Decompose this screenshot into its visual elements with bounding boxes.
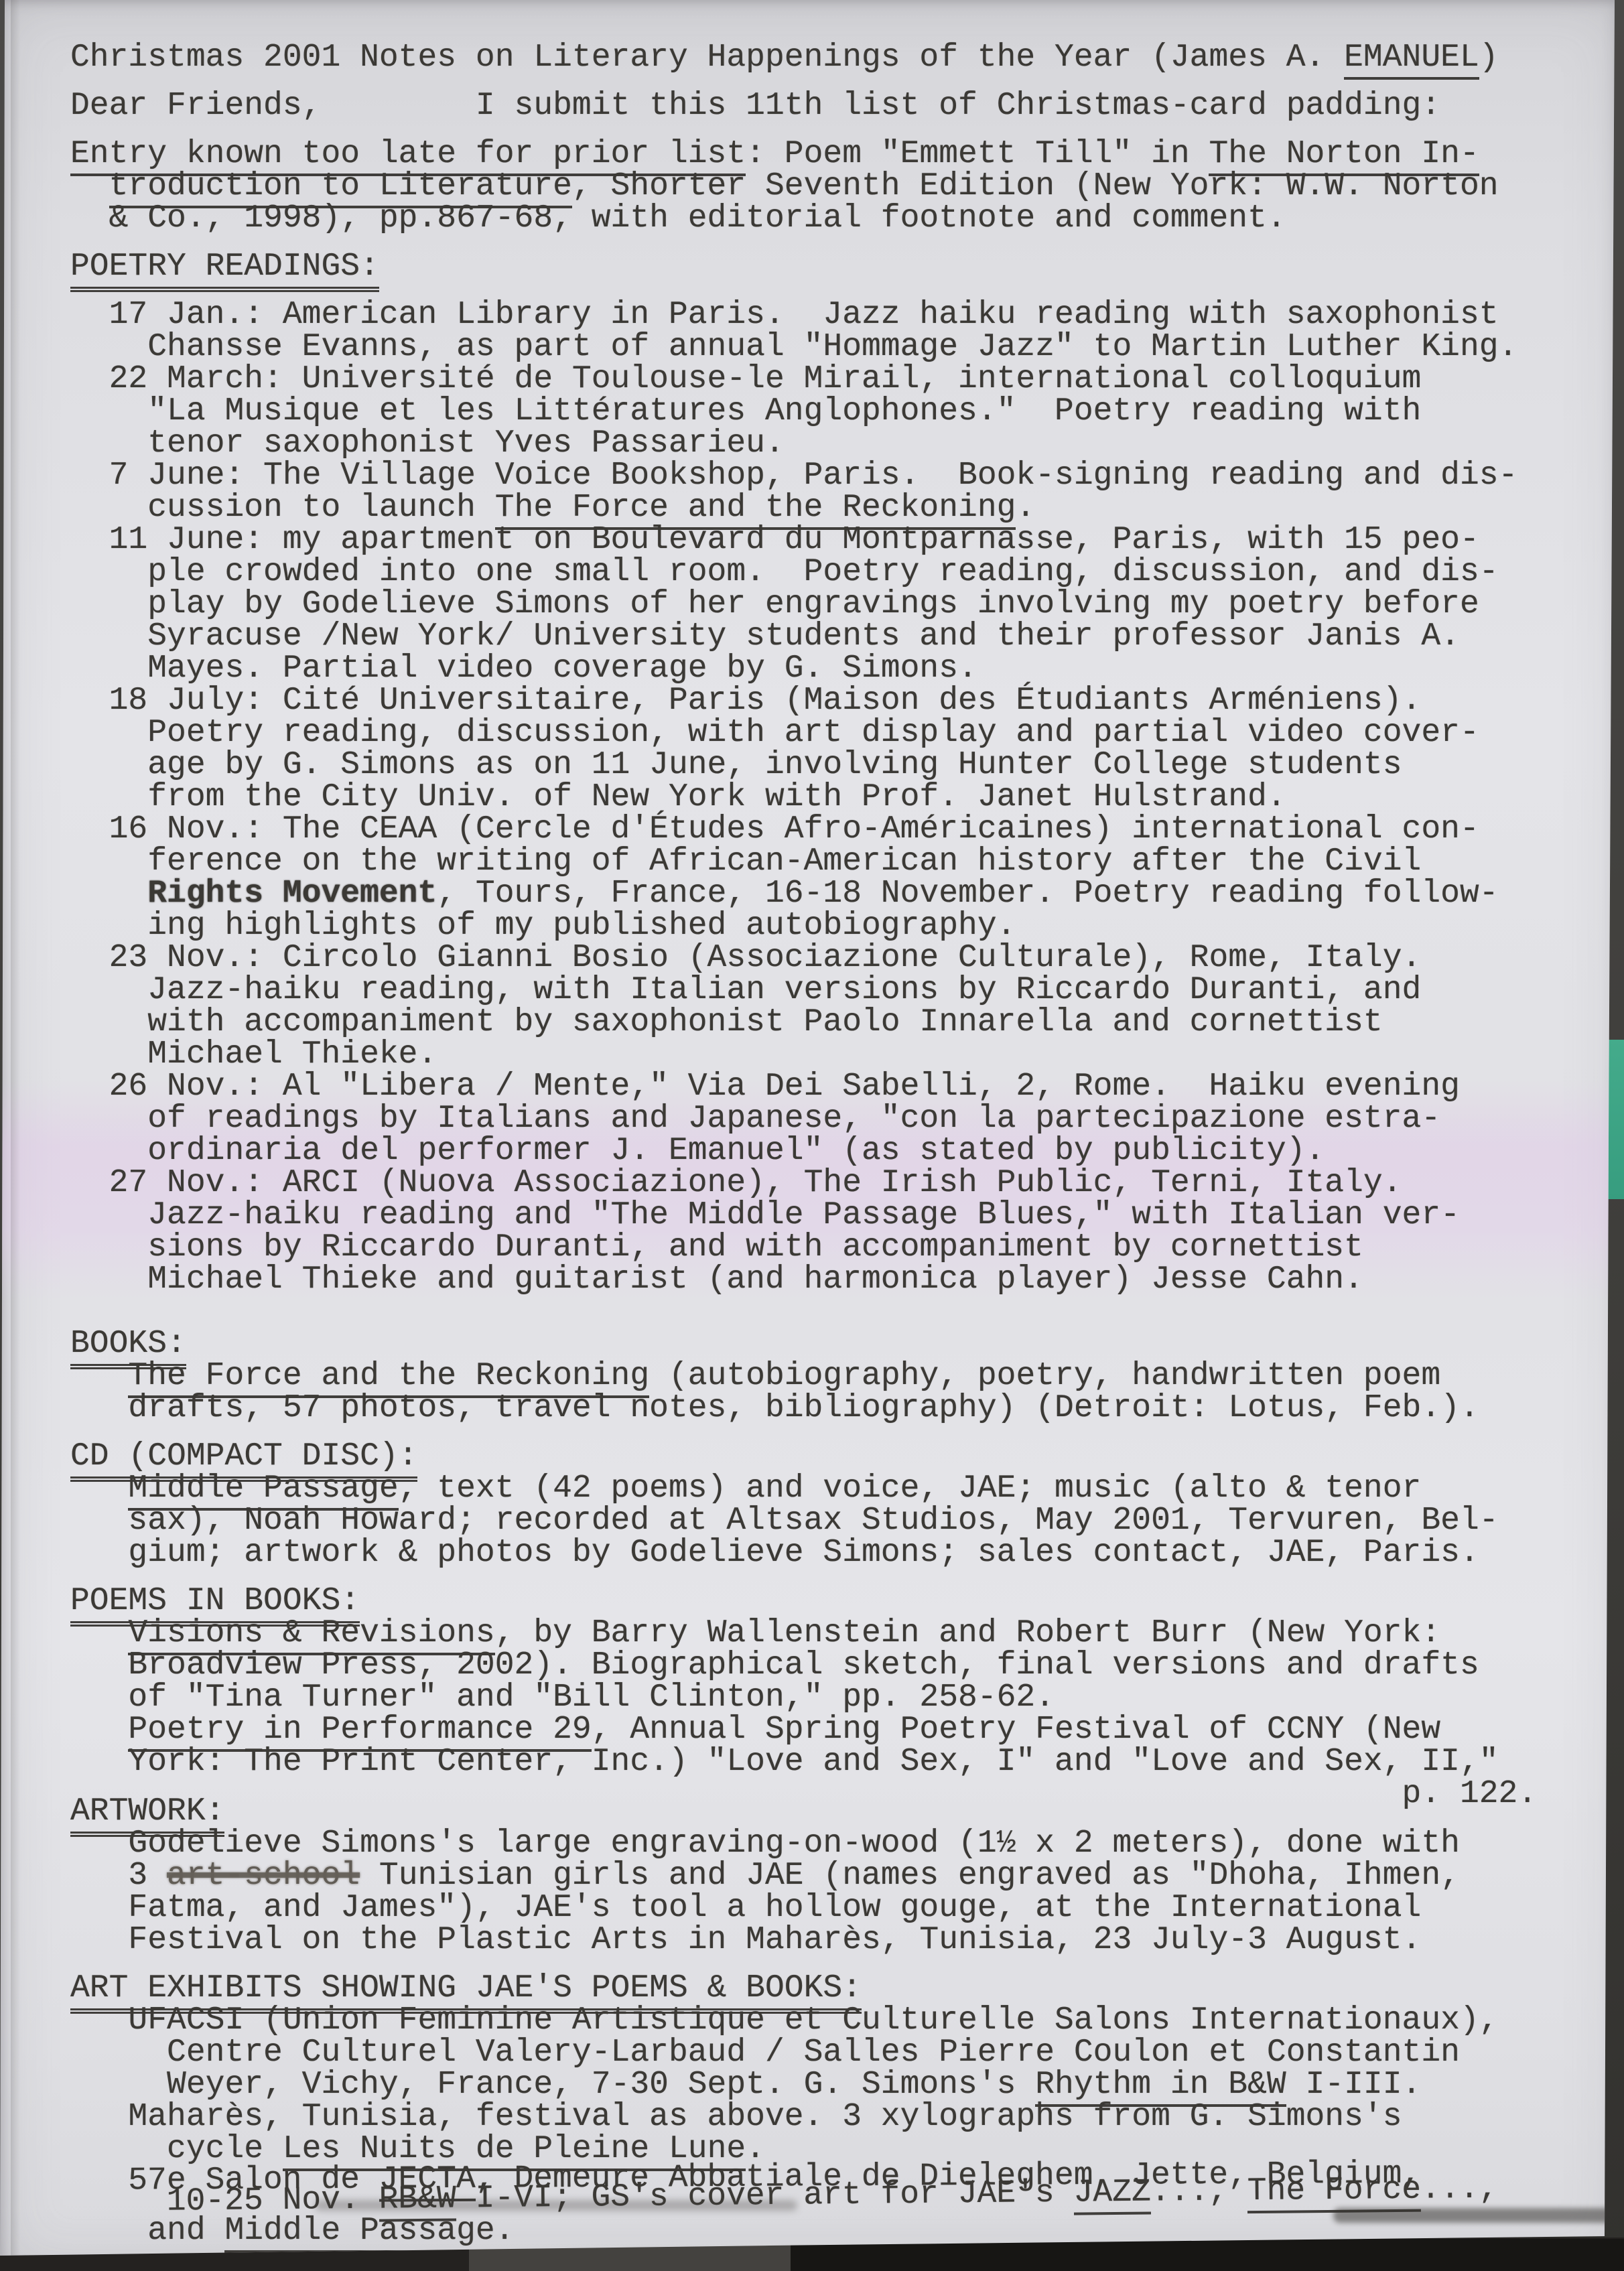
document-line: play by Godelieve Simons of her engravin… [70, 588, 1605, 620]
document-line: Festival on the Plastic Arts in Maharès,… [70, 1924, 1605, 1956]
document-line: drafts, 57 photos, travel notes, bibliog… [70, 1392, 1605, 1424]
document-line: Broadview Press, 2002). Biographical ske… [70, 1649, 1605, 1681]
document-line: cussion to launch The Force and the Reck… [70, 492, 1605, 524]
document-line: Poetry reading, discussion, with art dis… [70, 717, 1605, 749]
document-line: Jazz-haiku reading, with Italian version… [70, 974, 1605, 1006]
document-line: of "Tina Turner" and "Bill Clinton," pp.… [70, 1681, 1605, 1714]
typewritten-letter-paper: Christmas 2001 Notes on Literary Happeni… [0, 0, 1624, 2271]
document-line: troduction to Literature, Shorter Sevent… [70, 170, 1605, 202]
paper-crease [11, 0, 20, 2271]
document-line: ple crowded into one small room. Poetry … [70, 556, 1605, 588]
document-line: Fatma, and James"), JAE's tool a hollow … [70, 1892, 1605, 1924]
document-line: & Co., 1998), pp.867-68, with editorial … [70, 202, 1605, 234]
document-line: Syracuse /New York/ University students … [70, 620, 1605, 652]
document-line: Centre Culturel Valery-Larbaud / Salles … [70, 2037, 1605, 2069]
page-number-line: p. 122. [70, 1778, 1605, 1810]
document-line: Visions & Revisions, by Barry Wallenstei… [70, 1617, 1605, 1649]
document-line: Chansse Evanns, as part of annual "Homma… [70, 331, 1605, 363]
section-heading: POEMS IN BOOKS: [70, 1585, 1605, 1617]
document-line: Mayes. Partial video coverage by G. Simo… [70, 652, 1605, 685]
document-text-block: Christmas 2001 Notes on Literary Happeni… [70, 42, 1605, 2247]
document-line: 16 Nov.: The CEAA (Cercle d'Études Afro-… [70, 813, 1605, 845]
document-line: with accompaniment by saxophonist Paolo … [70, 1006, 1605, 1038]
document-line: Michael Thieke. [70, 1038, 1605, 1071]
document-line: 3 art-school Tunisian girls and JAE (nam… [70, 1860, 1605, 1892]
section-heading: ART EXHIBITS SHOWING JAE'S POEMS & BOOKS… [70, 1972, 1605, 2004]
section-heading: BOOKS: [70, 1328, 1605, 1360]
scanned-document-page: Christmas 2001 Notes on Literary Happeni… [0, 0, 1624, 2271]
document-line: sions by Riccardo Duranti, and with acco… [70, 1231, 1605, 1263]
document-line: York: The Print Center, Inc.) "Love and … [70, 1746, 1605, 1778]
document-line: 26 Nov.: Al "Libera / Mente," Via Dei Sa… [70, 1071, 1605, 1103]
document-line: gium; artwork & photos by Godelieve Simo… [70, 1537, 1605, 1569]
section-heading: CD (COMPACT DISC): [70, 1440, 1605, 1472]
document-line: 11 June: my apartment on Boulevard du Mo… [70, 524, 1605, 556]
section-heading: POETRY READINGS: [70, 251, 1605, 283]
document-line: The Force and the Reckoning (autobiograp… [70, 1360, 1605, 1392]
document-line: ordinaria del performer J. Emanuel" (as … [70, 1135, 1605, 1167]
document-line: 27 Nov.: ARCI (Nuova Associazione), The … [70, 1167, 1605, 1199]
document-line: "La Musique et les Littératures Anglopho… [70, 395, 1605, 427]
document-line: tenor saxophonist Yves Passarieu. [70, 427, 1605, 460]
document-line: UFACSI (Union Feminine Artistique et Cul… [70, 2004, 1605, 2037]
document-line: Weyer, Vichy, France, 7-30 Sept. G. Simo… [70, 2069, 1605, 2101]
document-line: Godelieve Simons's large engraving-on-wo… [70, 1828, 1605, 1860]
document-line: 18 July: Cité Universitaire, Paris (Mais… [70, 685, 1605, 717]
document-line: from the City Univ. of New York with Pro… [70, 781, 1605, 813]
document-line: Entry known too late for prior list: Poe… [70, 138, 1605, 170]
document-line: sax), Noah Howard; recorded at Altsax St… [70, 1505, 1605, 1537]
document-line: Poetry in Performance 29, Annual Spring … [70, 1714, 1605, 1746]
document-line: ing highlights of my published autobiogr… [70, 910, 1605, 942]
document-line: of readings by Italians and Japanese, "c… [70, 1103, 1605, 1135]
salutation-line: Dear Friends, I submit this 11th list of… [70, 90, 1605, 122]
document-line: 23 Nov.: Circolo Gianni Bosio (Associazi… [70, 942, 1605, 974]
document-line: 17 Jan.: American Library in Paris. Jazz… [70, 299, 1605, 331]
document-line: 7 June: The Village Voice Bookshop, Pari… [70, 460, 1605, 492]
document-line: Michael Thieke and guitarist (and harmon… [70, 1263, 1605, 1296]
document-line: Middle Passage, text (42 poems) and voic… [70, 1472, 1605, 1505]
document-line: age by G. Simons as on 11 June, involvin… [70, 749, 1605, 781]
document-line: Jazz-haiku reading and "The Middle Passa… [70, 1199, 1605, 1231]
document-line: ference on the writing of African-Americ… [70, 845, 1605, 878]
document-line: 22 March: Université de Toulouse-le Mira… [70, 363, 1605, 395]
title-line: Christmas 2001 Notes on Literary Happeni… [70, 42, 1605, 74]
document-line: Maharès, Tunisia, festival as above. 3 x… [70, 2101, 1605, 2133]
document-line: Rights Movement, Tours, France, 16-18 No… [70, 878, 1605, 910]
